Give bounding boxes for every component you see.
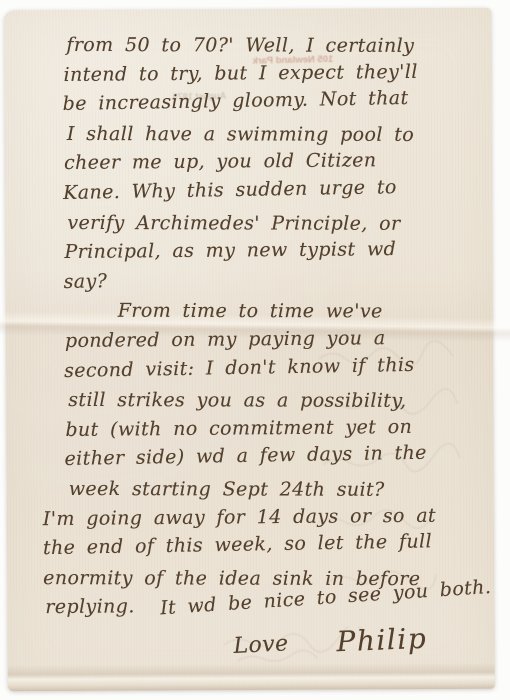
bottom-curl (8, 663, 495, 692)
valediction: Love (233, 623, 290, 668)
letter-paper: 105 Newland Park August 1978 from 50 to … (4, 8, 495, 692)
letter-line: the end of this week, so let the full (43, 527, 480, 564)
letter-line: be increasingly gloomy. Not that (62, 83, 477, 120)
letter-line: Kane. Why this sudden urge to (63, 172, 478, 209)
closing-word: replying. (45, 593, 135, 623)
letter-line: either side) wd a few days in the (64, 438, 479, 475)
signature-name: Philip (336, 618, 428, 663)
photo-background: 105 Newland Park August 1978 from 50 to … (0, 0, 510, 700)
letter-body: from 50 to 70?' Well, I certainly intend… (62, 29, 480, 665)
signature-line: Love Philip (233, 618, 481, 664)
letter-line: say? (63, 260, 478, 297)
